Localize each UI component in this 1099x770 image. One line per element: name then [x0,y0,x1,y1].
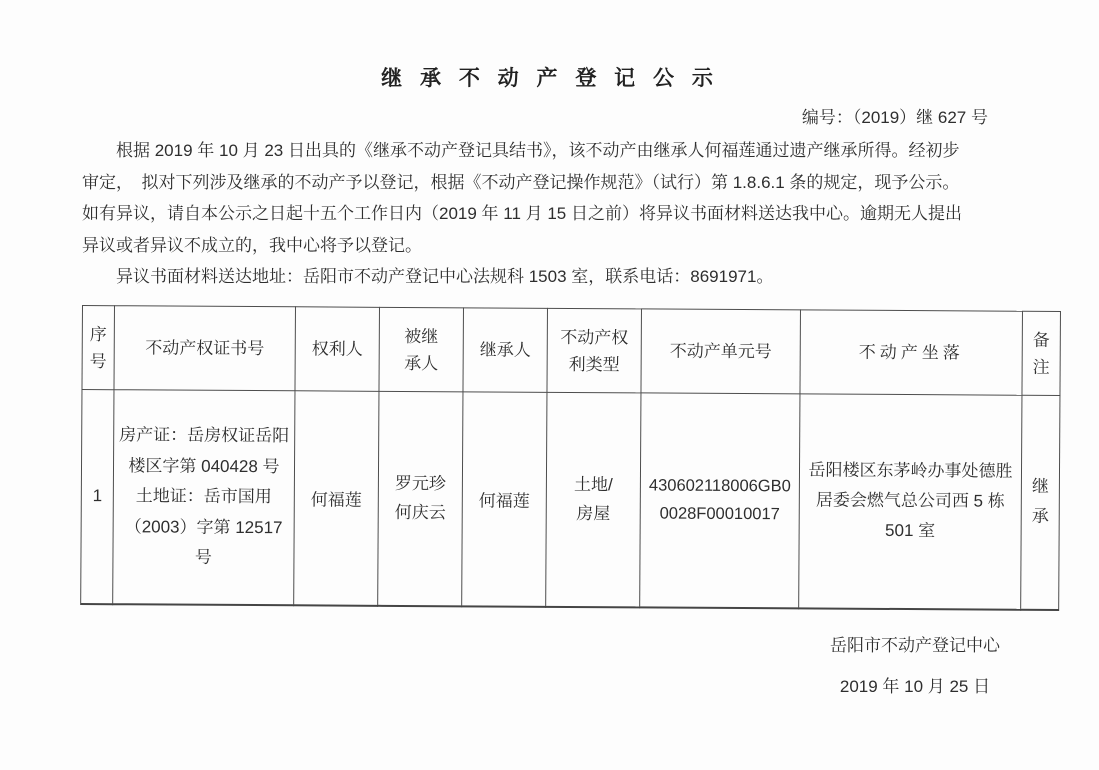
paragraph-line-address: 异议书面材料送达地址：岳阳市不动产登记中心法规科 1503 室，联系电话：869… [82,261,1042,293]
header-location: 不动产坐落 [800,309,1023,394]
table-data-row: 1 房产证：岳房权证岳阳楼区字第 040428 号 土地证：岳市国用（2003）… [81,389,1060,609]
paragraph-line: 根据 2019 年 10 月 23 日出具的《继承不动产登记具结书》，该不动产由… [82,135,1042,167]
cert-land: 土地证：岳市国用（2003）字第 12517 号 [115,481,292,574]
paragraph-line: 如有异议，请自本公示之日起十五个工作日内（2019 年 11 月 15 日之前）… [82,198,1042,230]
issue-date: 2019 年 10 月 25 日 [830,672,1000,697]
property-table: 序号 不动产权证书号 权利人 被继承人 继承人 不动产权利类型 不动产单元号 不… [80,305,1061,610]
paragraph-line: 异议或者异议不成立的，我中心将予以登记。 [82,230,1042,262]
page-title: 继 承 不 动 产 登 记 公 示 [82,62,1018,92]
unit-no-line: 0028F00010017 [643,499,797,528]
header-remark: 备注 [1022,311,1061,395]
cell-location: 岳阳楼区东茅岭办事处德胜居委会燃气总公司西 5 栋 501 室 [799,393,1022,608]
remark-label: 继承 [1030,472,1050,532]
header-heir-label: 继承人 [480,336,531,363]
header-right-type: 不动产权利类型 [547,308,642,393]
header-seq: 序号 [82,305,115,389]
decedent-name: 何庆云 [381,498,460,527]
header-right-type-label: 不动产权利类型 [556,323,632,377]
cell-heir: 何福莲 [462,391,547,606]
document-content: 继 承 不 动 产 登 记 公 示 编号：（2019）继 627 号 根据 20… [0,0,1099,697]
cell-unit-no: 430602118006GB0 0028F00010017 [640,392,800,607]
decedent-name: 罗元珍 [381,469,460,498]
property-table-wrapper: 序号 不动产权证书号 权利人 被继承人 继承人 不动产权利类型 不动产单元号 不… [80,305,1060,610]
cert-house: 房产证：岳房权证岳阳楼区字第 040428 号 [116,420,292,482]
issuing-authority: 岳阳市不动产登记中心 [830,631,1000,656]
right-type-line: 土地/ [549,470,638,500]
header-cert-no-label: 不动产权证书号 [145,334,264,362]
header-unit-no-label: 不动产单元号 [670,337,772,365]
cell-seq: 1 [81,389,114,603]
signature-block: 岳阳市不动产登记中心 2019 年 10 月 25 日 [830,631,1000,697]
paragraph-line: 审定， 拟对下列涉及继承的不动产予以登记，根据《不动产登记操作规范》（试行）第 … [82,167,1042,199]
cell-right-holder: 何福莲 [294,390,379,605]
reference-number: 编号：（2019）继 627 号 [82,103,1018,128]
header-decedent: 被继承人 [379,307,464,392]
cell-remark: 继承 [1021,395,1060,609]
header-heir: 继承人 [463,307,548,392]
table-header-row: 序号 不动产权证书号 权利人 被继承人 继承人 不动产权利类型 不动产单元号 不… [82,305,1060,395]
header-location-label: 不动产坐落 [859,338,964,366]
header-decedent-label: 被继承人 [401,322,441,376]
cell-cert-no: 房产证：岳房权证岳阳楼区字第 040428 号 土地证：岳市国用（2003）字第… [113,389,295,604]
header-right-holder-label: 权利人 [312,335,363,362]
scanned-notice-page: 继 承 不 动 产 登 记 公 示 编号：（2019）继 627 号 根据 20… [0,0,1099,770]
right-type-line: 房屋 [549,499,638,529]
header-seq-label: 序号 [88,320,108,374]
cell-decedent: 罗元珍 何庆云 [378,391,463,606]
body-paragraph: 根据 2019 年 10 月 23 日出具的《继承不动产登记具结书》，该不动产由… [82,135,1042,293]
header-unit-no: 不动产单元号 [641,308,801,393]
unit-no-line: 430602118006GB0 [643,471,797,500]
header-right-holder: 权利人 [295,306,380,391]
header-cert-no: 不动产权证书号 [114,305,296,390]
cell-right-type: 土地/ 房屋 [546,392,641,607]
header-remark-label: 备注 [1031,326,1051,380]
